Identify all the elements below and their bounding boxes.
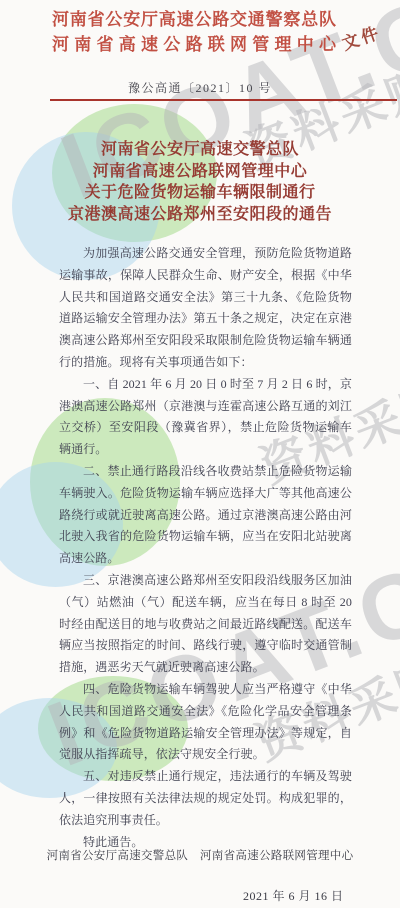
paragraph-item-1: 一、自 2021 年 6 月 20 日 0 时至 7 月 2 日 6 时，京港澳…: [59, 374, 352, 461]
paragraph-item-4: 四、危险货物运输车辆驾驶人应当严格遵守《中华人民共和国道路交通安全法》《危险化学…: [59, 679, 352, 766]
signature-line: 河南省公安厅高速交警总队 河南省高速公路联网管理中心: [0, 847, 400, 863]
notice-body: 为加强高速公路交通安全管理，预防危险货物道路运输事故，保障人民群众生命、财产安全…: [59, 243, 352, 853]
paragraph-item-2: 二、禁止通行路段沿线各收费站禁止危险货物运输车辆驶入。危险货物运输车辆应选择大广…: [59, 461, 352, 570]
notice-title-line1: 河南省公安厅高速交警总队: [0, 139, 400, 161]
letterhead-agency-line1: 河南省公安厅高速公路交通警察总队: [52, 7, 336, 32]
notice-title-line4: 京港澳高速公路郑州至安阳段的通告: [0, 204, 400, 226]
issue-date: 2021 年 6 月 16 日: [243, 887, 344, 904]
paragraph-item-5: 五、对违反禁止通行规定，违法通行的车辆及驾驶人，一律按照有关法律法规的规定处罚。…: [59, 766, 352, 831]
paragraph-intro: 为加强高速公路交通安全管理，预防危险货物道路运输事故，保障人民群众生命、财产安全…: [59, 243, 352, 374]
notice-title: 河南省公安厅高速交警总队 河南省高速公路联网管理中心 关于危险货物运输车辆限制通…: [0, 139, 400, 225]
scanned-notice-page: ICOAT.CC ICOAT.CC 资料采购网 资料采购网 资料采购网 河南省公…: [0, 0, 400, 908]
paragraph-item-3: 三、京港澳高速公路郑州至安阳段沿线服务区加油（气）站燃油（气）配送车辆，应当在每…: [59, 570, 352, 679]
doc-number: 豫公高通〔2021〕10 号: [0, 79, 400, 96]
letterhead-agency-line2: 河南省高速公路联网管理中心: [52, 32, 336, 57]
letterhead: 河南省公安厅高速公路交通警察总队 河南省高速公路联网管理中心: [52, 7, 336, 57]
doc-type-marker: 文件: [338, 18, 384, 55]
red-divider-rule: [50, 99, 397, 101]
notice-title-line3: 关于危险货物运输车辆限制通行: [0, 182, 400, 204]
notice-title-line2: 河南省高速公路联网管理中心: [0, 161, 400, 183]
